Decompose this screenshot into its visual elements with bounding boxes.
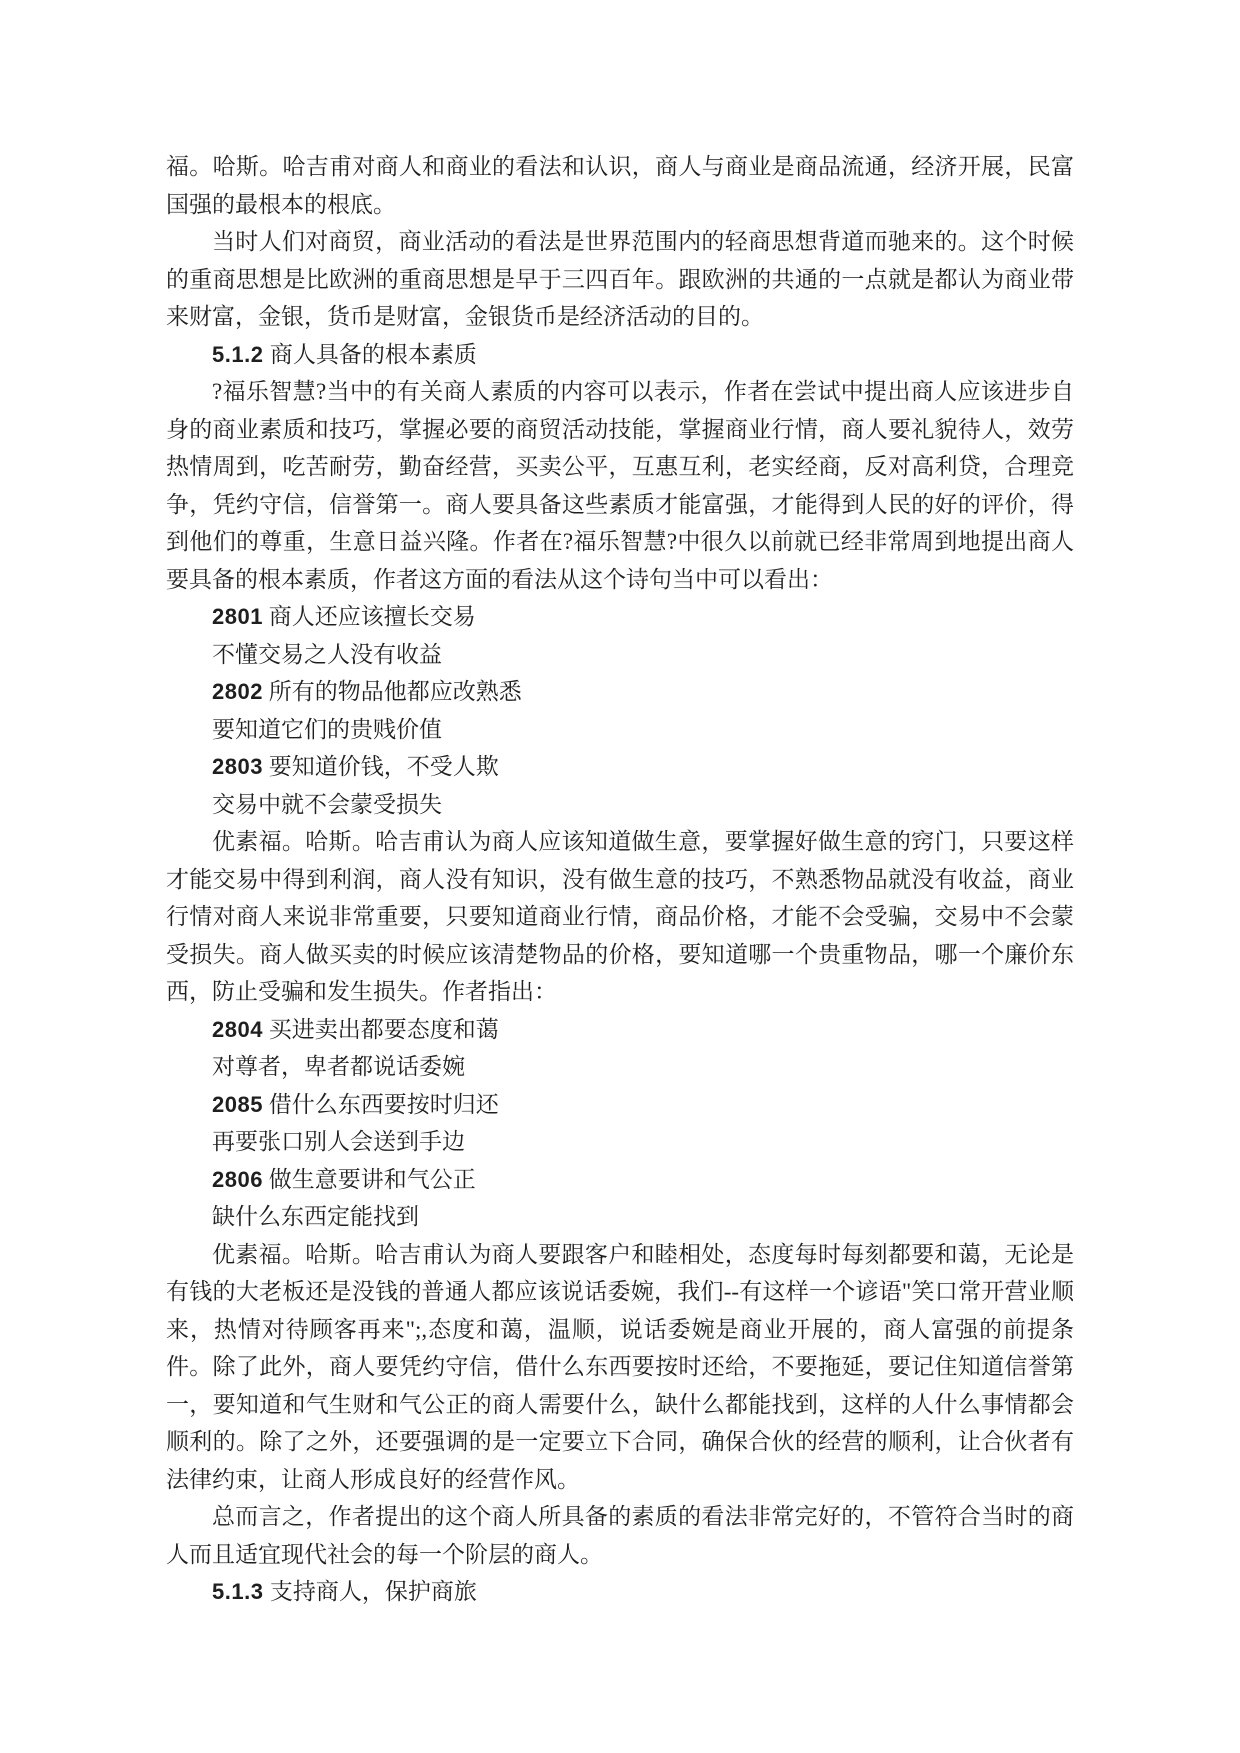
verse-line: 2801 商人还应该擅长交易 (166, 598, 1074, 636)
verse-line: 2803 要知道价钱，不受人欺 (166, 748, 1074, 786)
verse-line: 2806 做生意要讲和气公正 (166, 1161, 1074, 1199)
verse-number: 2806 (212, 1167, 263, 1192)
verse-number: 2085 (212, 1092, 263, 1117)
heading-number: 5.1.3 (212, 1579, 263, 1604)
verse-text: 做生意要讲和气公正 (269, 1167, 476, 1192)
heading-text: 支持商人，保护商旅 (270, 1578, 477, 1604)
verse-number: 2803 (212, 754, 263, 779)
verse-number: 2801 (212, 604, 263, 629)
verse-number: 2802 (212, 679, 263, 704)
document-content: 福。哈斯。哈吉甫对商人和商业的看法和认识，商人与商业是商品流通，经济开展，民富国… (166, 148, 1074, 1611)
verse-text: 商人还应该擅长交易 (269, 604, 476, 629)
verse-line: 再要张口别人会送到手边 (166, 1123, 1074, 1161)
paragraph: 总而言之，作者提出的这个商人所具备的素质的看法非常完好的，不管符合当时的商人而且… (166, 1498, 1074, 1573)
verse-line: 要知道它们的贵贱价值 (166, 711, 1074, 749)
section-heading: 5.1.3 支持商人，保护商旅 (166, 1573, 1074, 1611)
verse-line: 不懂交易之人没有收益 (166, 636, 1074, 674)
section-heading: 5.1.2 商人具备的根本素质 (166, 336, 1074, 374)
document-page: 福。哈斯。哈吉甫对商人和商业的看法和认识，商人与商业是商品流通，经济开展，民富国… (0, 0, 1240, 1753)
verse-text: 买进卖出都要态度和蔼 (269, 1017, 499, 1042)
verse-line: 2085 借什么东西要按时归还 (166, 1086, 1074, 1124)
heading-text: 商人具备的根本素质 (270, 341, 477, 367)
verse-line: 2804 买进卖出都要态度和蔼 (166, 1011, 1074, 1049)
verse-line: 对尊者，卑者都说话委婉 (166, 1048, 1074, 1086)
verse-text: 借什么东西要按时归还 (269, 1092, 499, 1117)
paragraph: 优素福。哈斯。哈吉甫认为商人应该知道做生意，要掌握好做生意的窍门，只要这样才能交… (166, 823, 1074, 1011)
verse-text: 所有的物品他都应改熟悉 (269, 679, 522, 704)
paragraph: 优素福。哈斯。哈吉甫认为商人要跟客户和睦相处，态度每时每刻都要和蔼，无论是有钱的… (166, 1236, 1074, 1499)
verse-line: 2802 所有的物品他都应改熟悉 (166, 673, 1074, 711)
heading-number: 5.1.2 (212, 342, 263, 367)
paragraph: 福。哈斯。哈吉甫对商人和商业的看法和认识，商人与商业是商品流通，经济开展，民富国… (166, 148, 1074, 223)
verse-line: 交易中就不会蒙受损失 (166, 786, 1074, 824)
paragraph: 当时人们对商贸，商业活动的看法是世界范围内的轻商思想背道而驰来的。这个时候的重商… (166, 223, 1074, 336)
verse-number: 2804 (212, 1017, 263, 1042)
paragraph: ?福乐智慧?当中的有关商人素质的内容可以表示，作者在尝试中提出商人应该进步自身的… (166, 373, 1074, 598)
verse-line: 缺什么东西定能找到 (166, 1198, 1074, 1236)
verse-text: 要知道价钱，不受人欺 (269, 754, 499, 779)
